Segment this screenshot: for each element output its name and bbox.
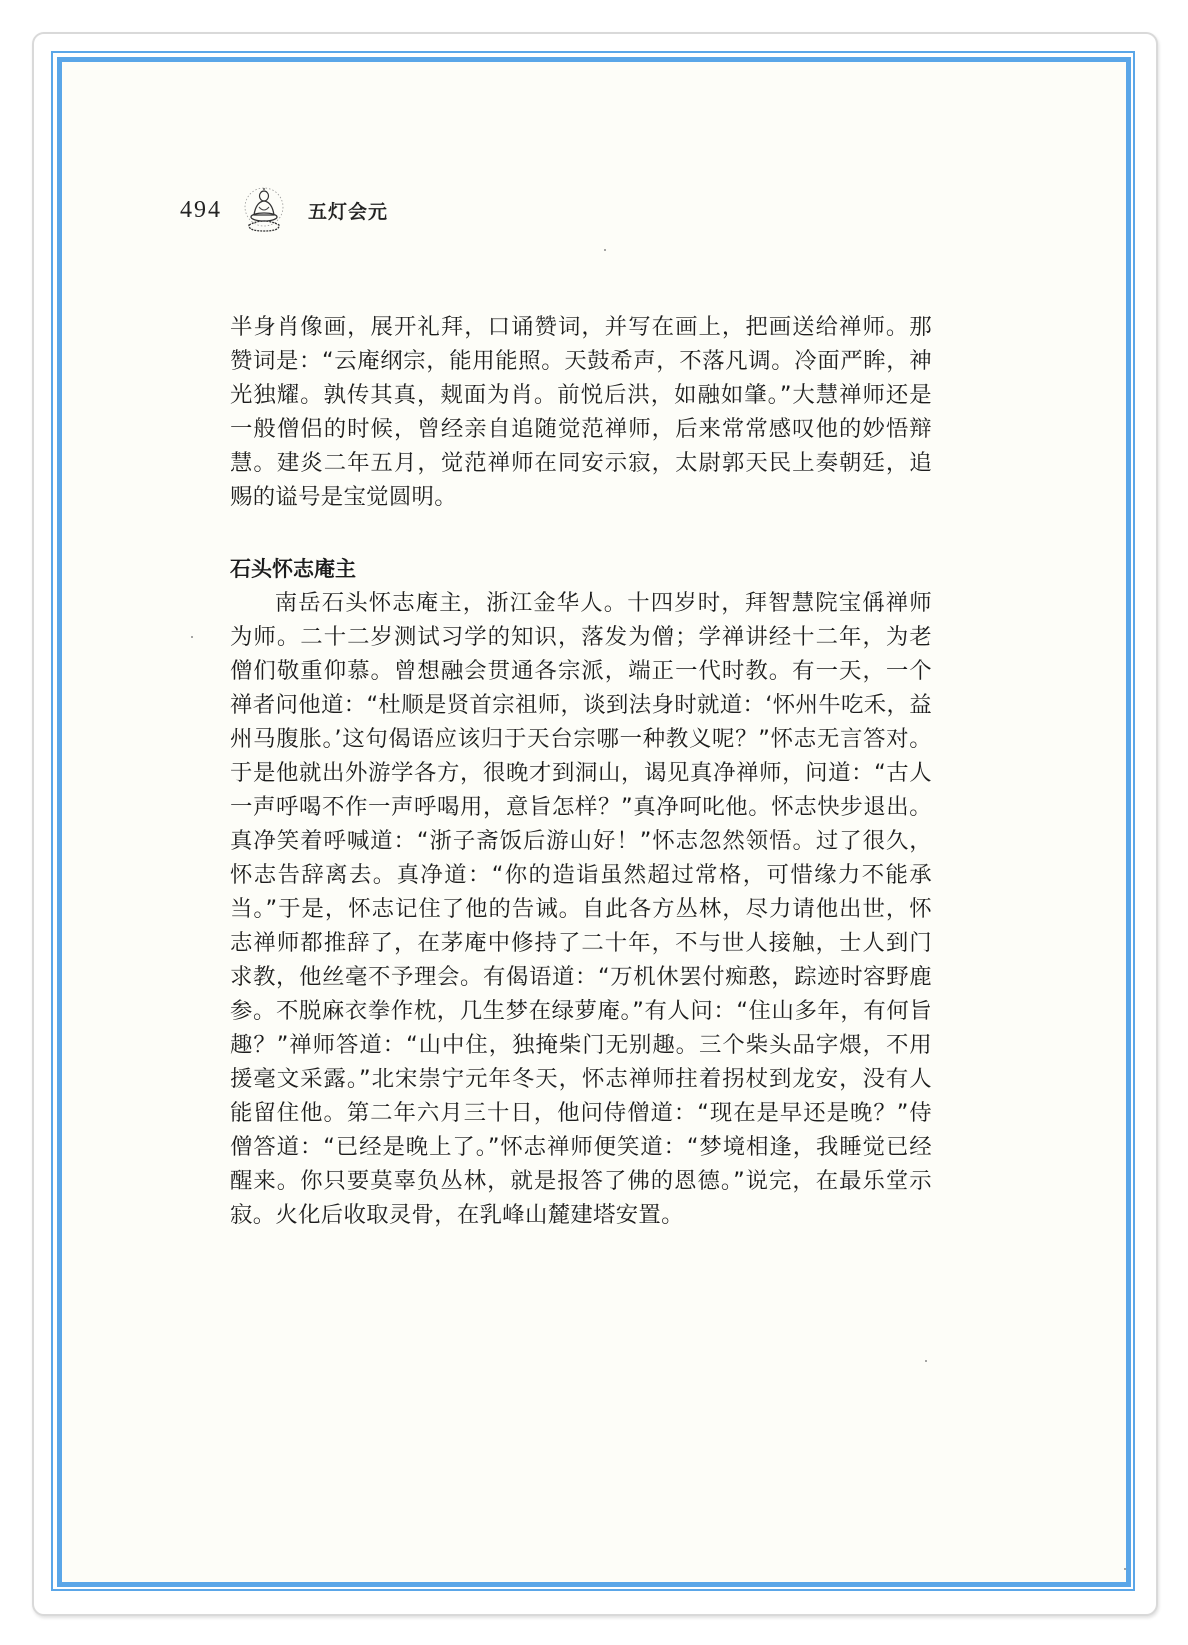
scan-speck [925, 1360, 927, 1362]
page-number: 494 [180, 197, 222, 224]
paragraph-continued: 半身肖像画，展开礼拜，口诵赞词，并写在画上，把画送给禅师。那赞词是：“云庵纲宗，… [230, 310, 932, 514]
section-heading: 石头怀志庵主 [230, 552, 932, 586]
buddha-figure-icon [242, 187, 286, 233]
book-title: 五灯会元 [308, 197, 388, 224]
paragraph-biography: 南岳石头怀志庵主，浙江金华人。十四岁时，拜智慧院宝偁禅师为师。二十二岁测试习学的… [230, 586, 932, 1232]
page-body: 半身肖像画，展开礼拜，口诵赞词，并写在画上，把画送给禅师。那赞词是：“云庵纲宗，… [230, 310, 932, 1232]
page-header: 494 五灯会元 [180, 188, 388, 232]
scan-speck [1124, 1568, 1126, 1570]
scan-speck [191, 636, 193, 638]
scan-speck [604, 249, 606, 251]
